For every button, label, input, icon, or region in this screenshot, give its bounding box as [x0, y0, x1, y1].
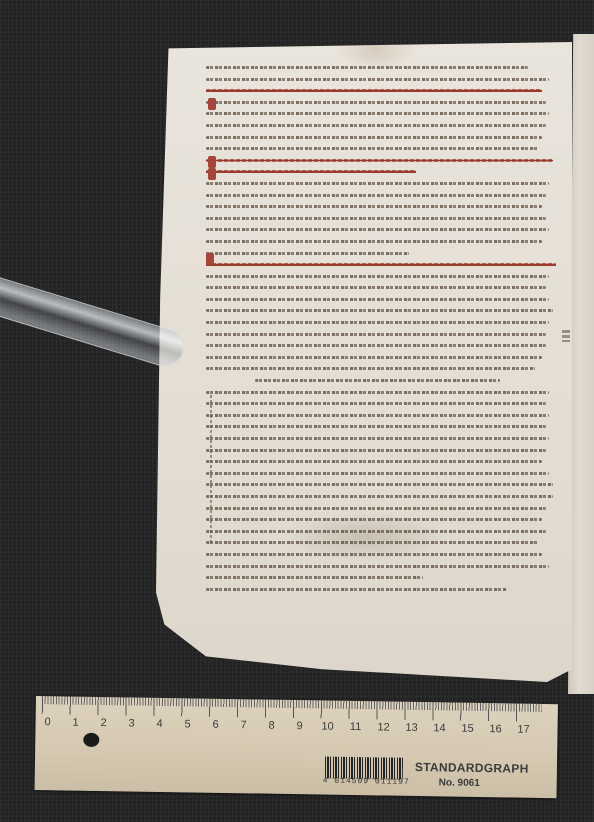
text-line	[255, 379, 500, 382]
text-line	[206, 460, 542, 463]
text-line	[206, 507, 546, 510]
scale-number: 7	[240, 719, 246, 731]
text-line	[206, 101, 546, 104]
text-line	[206, 298, 549, 301]
scale-number: 2	[100, 717, 106, 729]
ruler: 0 1 2 3 4 5 6 7 8 9 10 11 12 13 14 15 16…	[35, 696, 558, 798]
text-line	[206, 541, 539, 544]
text-line	[206, 449, 546, 452]
text-line	[206, 66, 528, 69]
scale-number: 0	[44, 716, 50, 728]
text-line	[206, 182, 549, 185]
ruler-brand: STANDARDGRAPH	[415, 760, 529, 776]
rubric-heading	[206, 170, 416, 173]
text-line	[206, 78, 549, 81]
ruler-hole	[83, 733, 99, 747]
scale-number: 1	[72, 717, 78, 729]
text-line	[206, 356, 542, 359]
scale-number: 4	[156, 718, 162, 730]
text-line	[206, 588, 507, 591]
text-line	[206, 344, 546, 347]
rubric-heading	[206, 159, 553, 162]
scale-number: 17	[517, 724, 529, 736]
rubric-initial	[208, 168, 216, 180]
text-line	[206, 240, 542, 243]
scale-number: 6	[212, 719, 218, 731]
text-line	[206, 228, 549, 231]
rubric-initial	[208, 156, 216, 168]
text-line	[206, 194, 546, 197]
scale-number: 16	[489, 723, 501, 735]
text-line	[206, 147, 539, 150]
text-line	[206, 124, 546, 127]
text-line	[206, 483, 553, 486]
text-line	[206, 205, 542, 208]
marginal-note-left	[210, 395, 212, 545]
text-line	[206, 112, 549, 115]
scale-number: 11	[350, 721, 362, 733]
ruler-model: No. 9061	[439, 777, 480, 789]
text-line	[206, 414, 549, 417]
text-line	[206, 333, 546, 336]
text-line	[206, 309, 553, 312]
manuscript-text	[206, 66, 556, 599]
text-line	[206, 565, 549, 568]
text-line	[206, 275, 549, 278]
text-line	[206, 367, 535, 370]
barcode-number: 4 014509 011197	[323, 777, 410, 787]
scale-number: 12	[377, 721, 389, 733]
scale-number: 14	[433, 722, 445, 734]
text-line	[206, 530, 546, 533]
rubric-heading	[206, 89, 542, 92]
rubric-heading	[206, 263, 556, 266]
rubric-initial	[206, 253, 214, 265]
text-line	[206, 217, 546, 220]
scale-number: 10	[321, 720, 333, 732]
text-line	[206, 402, 546, 405]
text-line	[206, 321, 549, 324]
text-line	[206, 136, 542, 139]
text-line	[206, 472, 549, 475]
scale-number: 13	[405, 722, 417, 734]
scale-number: 8	[268, 720, 274, 732]
marginal-note-right	[562, 330, 570, 342]
text-line	[206, 425, 546, 428]
scale-number: 3	[128, 717, 134, 729]
text-line	[206, 576, 423, 579]
scale-number: 15	[461, 723, 473, 735]
text-line	[206, 437, 549, 440]
text-line	[206, 495, 553, 498]
text-line	[206, 391, 549, 394]
scale-number: 5	[184, 718, 190, 730]
rubric-initial	[208, 98, 216, 110]
text-line	[206, 553, 542, 556]
scale-number: 9	[296, 720, 302, 732]
text-line	[206, 518, 542, 521]
text-line	[206, 252, 409, 255]
text-line	[206, 286, 546, 289]
